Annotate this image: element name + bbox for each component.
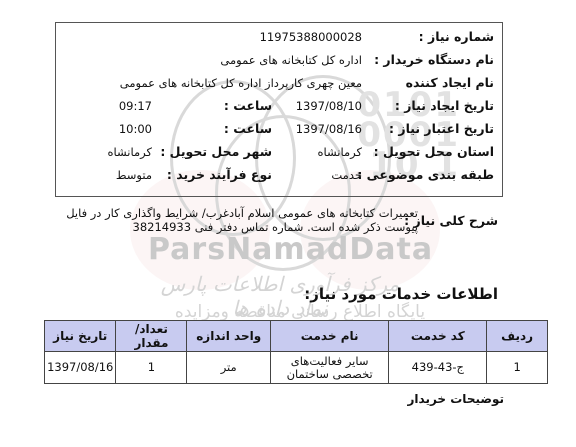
col-header-name: نام خدمت (270, 321, 388, 352)
category-label: طبقه بندی موضوعی : (357, 167, 494, 182)
row-need-number: شماره نیاز : 11975388000028 (56, 29, 502, 53)
col-header-date: تاریخ نیاز (45, 321, 116, 352)
col-header-code: کد خدمت (389, 321, 487, 352)
row-category: طبقه بندی موضوعی : خدمت نوع فرآیند خرید … (56, 167, 502, 191)
col-header-quantity: تعداد/ مقدار (116, 321, 187, 352)
row-buyer-org: نام دستگاه خریدار : اداره کل کتابخانه ها… (56, 52, 502, 76)
description-text: تعمیرات کتابخانه های عمومی اسلام آبادغرب… (58, 206, 418, 234)
cell-date: 1397/08/16 (45, 352, 116, 384)
need-info-box: شماره نیاز : 11975388000028 نام دستگاه خ… (55, 22, 503, 197)
description-label: شرح کلی نیاز : (404, 213, 498, 228)
process-type-label: نوع فرآیند خرید : (167, 167, 272, 182)
row-creation-date: تاریخ ایجاد نیاز : 1397/08/10 ساعت : 09:… (56, 98, 502, 122)
validity-time-value: 10:00 (119, 122, 152, 136)
buyer-notes-label: توضیحات خریدار (408, 392, 505, 406)
process-type-value: متوسط (116, 168, 152, 182)
row-validity-date: تاریخ اعتبار نیاز : 1397/08/16 ساعت : 10… (56, 121, 502, 145)
cell-name: سایر فعالیت‌های تخصصی ساختمان (270, 352, 388, 384)
validity-time-label: ساعت : (224, 121, 272, 136)
services-table: ردیف کد خدمت نام خدمت واحد اندازه تعداد/… (44, 320, 548, 384)
watermark-brand: ParsNamadData (148, 232, 398, 267)
creation-date-label: تاریخ ایجاد نیاز : (395, 98, 494, 113)
cell-index: 1 (487, 352, 548, 384)
need-number-label: شماره نیاز : (419, 29, 494, 44)
watermark-line2: پایگاه اطلاع رسانی مناقصه ومزایده (170, 302, 430, 322)
row-creator: نام ایجاد کننده معین چهری کارپرداز اداره… (56, 75, 502, 99)
buyer-org-label: نام دستگاه خریدار : (374, 52, 494, 67)
creator-value: معین چهری کارپرداز اداره کل کتابخانه های… (120, 76, 362, 90)
col-header-unit: واحد اندازه (187, 321, 270, 352)
delivery-city-label: شهر محل تحویل : (160, 144, 272, 159)
delivery-province-value: کرمانشاه (318, 145, 362, 159)
delivery-city-value: کرمانشاه (108, 145, 152, 159)
validity-date-label: تاریخ اعتبار نیاز : (389, 121, 494, 136)
cell-code: ج-43-439 (389, 352, 487, 384)
cell-quantity: 1 (116, 352, 187, 384)
creation-time-value: 09:17 (119, 99, 152, 113)
creation-date-value: 1397/08/10 (296, 99, 362, 113)
table-row: 1 ج-43-439 سایر فعالیت‌های تخصصی ساختمان… (45, 352, 548, 384)
category-value: خدمت (331, 168, 362, 182)
buyer-org-value: اداره کل کتابخانه های عمومی (220, 53, 362, 67)
validity-date-value: 1397/08/16 (296, 122, 362, 136)
services-section-title: اطلاعات خدمات مورد نیاز: (304, 285, 498, 303)
delivery-province-label: استان محل تحویل : (374, 144, 494, 159)
table-header-row: ردیف کد خدمت نام خدمت واحد اندازه تعداد/… (45, 321, 548, 352)
col-header-index: ردیف (487, 321, 548, 352)
need-number-value: 11975388000028 (260, 30, 362, 44)
row-delivery: استان محل تحویل : کرمانشاه شهر محل تحویل… (56, 144, 502, 168)
creation-time-label: ساعت : (224, 98, 272, 113)
cell-unit: متر (187, 352, 270, 384)
creator-label: نام ایجاد کننده (406, 75, 494, 90)
